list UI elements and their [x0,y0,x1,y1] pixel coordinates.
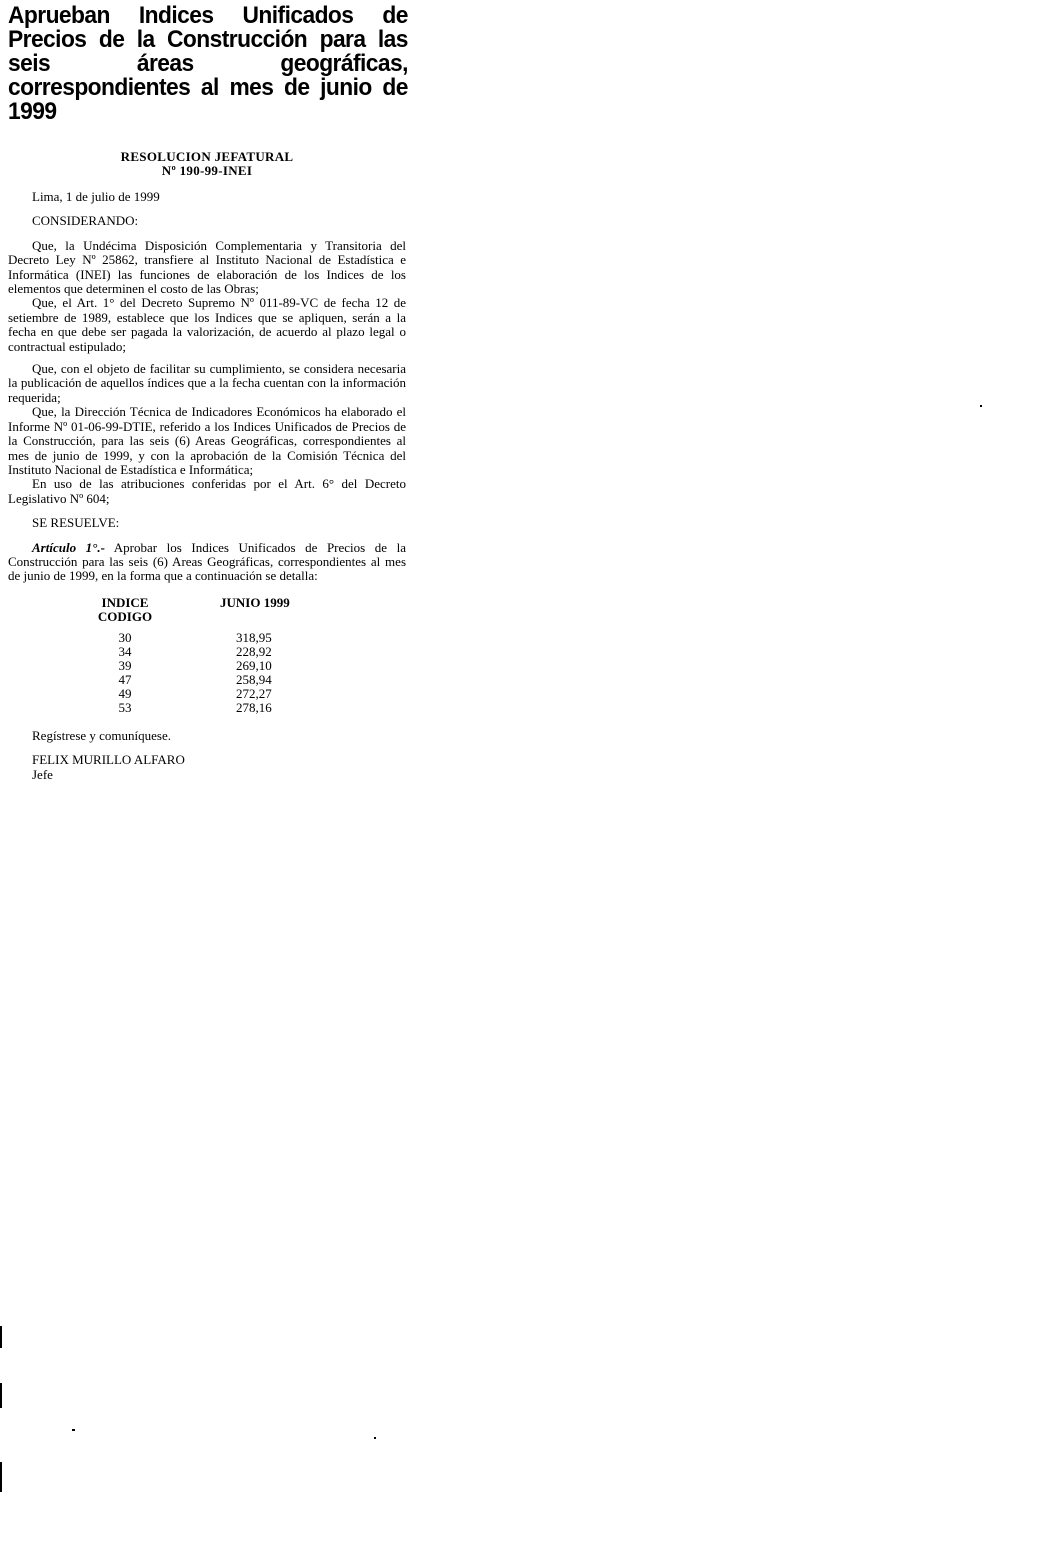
codigo-cell: 49 [70,687,180,701]
scan-speck [0,1383,2,1397]
resolution-number: Nº 190-99-INEI [8,164,406,178]
valor-cell: 272,27 [180,687,360,701]
table-row: 53278,16 [70,701,360,715]
articulo-1: Artículo 1°.- Aprobar los Indices Unific… [8,541,406,584]
valor-cell: 318,95 [180,624,360,645]
headline: Aprueban Indices Unificados de Precios d… [8,4,408,124]
considerando-paragraph: Que, la Dirección Técnica de Indicadores… [8,405,406,477]
document-column: Aprueban Indices Unificados de Precios d… [8,4,406,782]
scan-speck [0,1462,2,1492]
table-row: 34228,92 [70,645,360,659]
considerandos: Que, la Undécima Disposición Complementa… [8,239,406,506]
valor-cell: 258,94 [180,673,360,687]
table-row: 39269,10 [70,659,360,673]
scan-speck [0,1326,2,1348]
table-row: 47258,94 [70,673,360,687]
table-row: 49272,27 [70,687,360,701]
valor-cell: 269,10 [180,659,360,673]
signatory-name: FELIX MURILLO ALFARO [32,753,406,767]
header-indice-codigo: INDICECODIGO [70,596,180,624]
index-table: INDICECODIGO JUNIO 1999 30318,95 34228,9… [70,596,360,715]
considerando-paragraph: Que, con el objeto de facilitar su cumpl… [8,362,406,405]
scan-speck [0,1396,2,1408]
table-row: 30318,95 [70,624,360,645]
place-date: Lima, 1 de julio de 1999 [8,190,406,204]
scan-speck [72,1429,75,1431]
resolution-header: RESOLUCION JEFATURAL Nº 190-99-INEI [8,150,406,178]
considerando-paragraph: Que, la Undécima Disposición Complementa… [8,239,406,297]
considerando-paragraph: En uso de las atribuciones conferidas po… [8,477,406,506]
codigo-cell: 39 [70,659,180,673]
header-junio-1999: JUNIO 1999 [180,596,360,624]
scan-speck [374,1437,376,1439]
codigo-cell: 47 [70,673,180,687]
codigo-cell: 30 [70,624,180,645]
signatory-title: Jefe [32,768,406,782]
signature-block: FELIX MURILLO ALFARO Jefe [8,753,406,782]
se-resuelve-label: SE RESUELVE: [8,516,406,530]
considerando-paragraph: Que, el Art. 1° del Decreto Supremo Nº 0… [8,296,406,354]
closing-formula: Regístrese y comuníquese. [8,729,406,743]
considerando-label: CONSIDERANDO: [8,214,406,228]
articulo-heading: Artículo 1°.- [32,540,105,555]
valor-cell: 278,16 [180,701,360,715]
codigo-cell: 53 [70,701,180,715]
scan-speck [980,405,982,407]
valor-cell: 228,92 [180,645,360,659]
resolution-type: RESOLUCION JEFATURAL [8,150,406,164]
codigo-cell: 34 [70,645,180,659]
table-header-row: INDICECODIGO JUNIO 1999 [70,596,360,624]
